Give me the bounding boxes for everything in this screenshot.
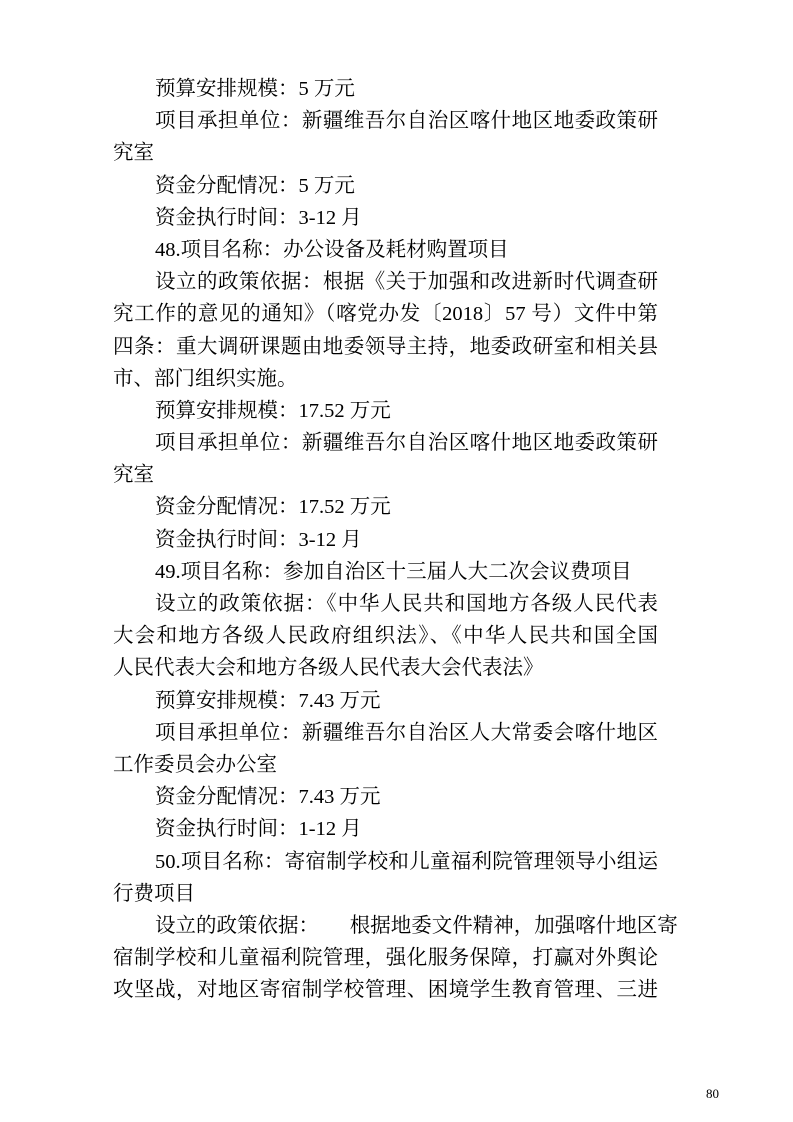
document-body: 预算安排规模：5 万元项目承担单位：新疆维吾尔自治区喀什地区地委政策研究室资金分… bbox=[113, 73, 658, 1006]
text-line: 48.项目名称：办公设备及耗材购置项目 bbox=[113, 234, 658, 266]
text-line: 49.项目名称：参加自治区十三届人大二次会议费项目 bbox=[113, 556, 658, 588]
text-line: 人民代表大会和地方各级人民代表大会代表法》 bbox=[113, 652, 658, 684]
text-line: 资金执行时间：3-12 月 bbox=[113, 202, 658, 234]
text-line: 预算安排规模：7.43 万元 bbox=[113, 685, 658, 717]
text-line: 资金分配情况：17.52 万元 bbox=[113, 491, 658, 523]
text-line: 宿制学校和儿童福利院管理，强化服务保障，打赢对外舆论 bbox=[113, 942, 658, 974]
text-line: 大会和地方各级人民政府组织法》、《中华人民共和国全国 bbox=[113, 620, 658, 652]
text-line: 究室 bbox=[113, 137, 658, 169]
text-line: 预算安排规模：17.52 万元 bbox=[113, 395, 658, 427]
text-line: 设立的政策依据： 根据地委文件精神，加强喀什地区寄 bbox=[113, 910, 793, 942]
text-line: 资金分配情况：5 万元 bbox=[113, 170, 658, 202]
text-line: 资金分配情况：7.43 万元 bbox=[113, 781, 658, 813]
text-line: 资金执行时间：3-12 月 bbox=[113, 524, 658, 556]
page-number: 80 bbox=[706, 1086, 719, 1102]
text-line: 设立的政策依据：《中华人民共和国地方各级人民代表 bbox=[113, 588, 658, 620]
text-line: 究室 bbox=[113, 459, 658, 491]
text-line: 工作委员会办公室 bbox=[113, 749, 658, 781]
document-page: 预算安排规模：5 万元项目承担单位：新疆维吾尔自治区喀什地区地委政策研究室资金分… bbox=[0, 0, 793, 1122]
text-line: 项目承担单位：新疆维吾尔自治区喀什地区地委政策研 bbox=[113, 105, 658, 137]
text-line: 攻坚战，对地区寄宿制学校管理、困境学生教育管理、三进 bbox=[113, 974, 658, 1006]
text-line: 项目承担单位：新疆维吾尔自治区喀什地区地委政策研 bbox=[113, 427, 658, 459]
text-line: 究工作的意见的通知》（喀党办发〔2018〕57 号）文件中第 bbox=[113, 298, 658, 330]
text-line: 设立的政策依据：根据《关于加强和改进新时代调查研 bbox=[113, 266, 658, 298]
text-line: 四条：重大调研课题由地委领导主持，地委政研室和相关县 bbox=[113, 331, 658, 363]
text-line: 项目承担单位：新疆维吾尔自治区人大常委会喀什地区 bbox=[113, 717, 658, 749]
text-line: 行费项目 bbox=[113, 878, 658, 910]
text-line: 50.项目名称：寄宿制学校和儿童福利院管理领导小组运 bbox=[113, 846, 658, 878]
text-line: 预算安排规模：5 万元 bbox=[113, 73, 658, 105]
text-line: 市、部门组织实施。 bbox=[113, 363, 658, 395]
text-line: 资金执行时间：1-12 月 bbox=[113, 813, 658, 845]
